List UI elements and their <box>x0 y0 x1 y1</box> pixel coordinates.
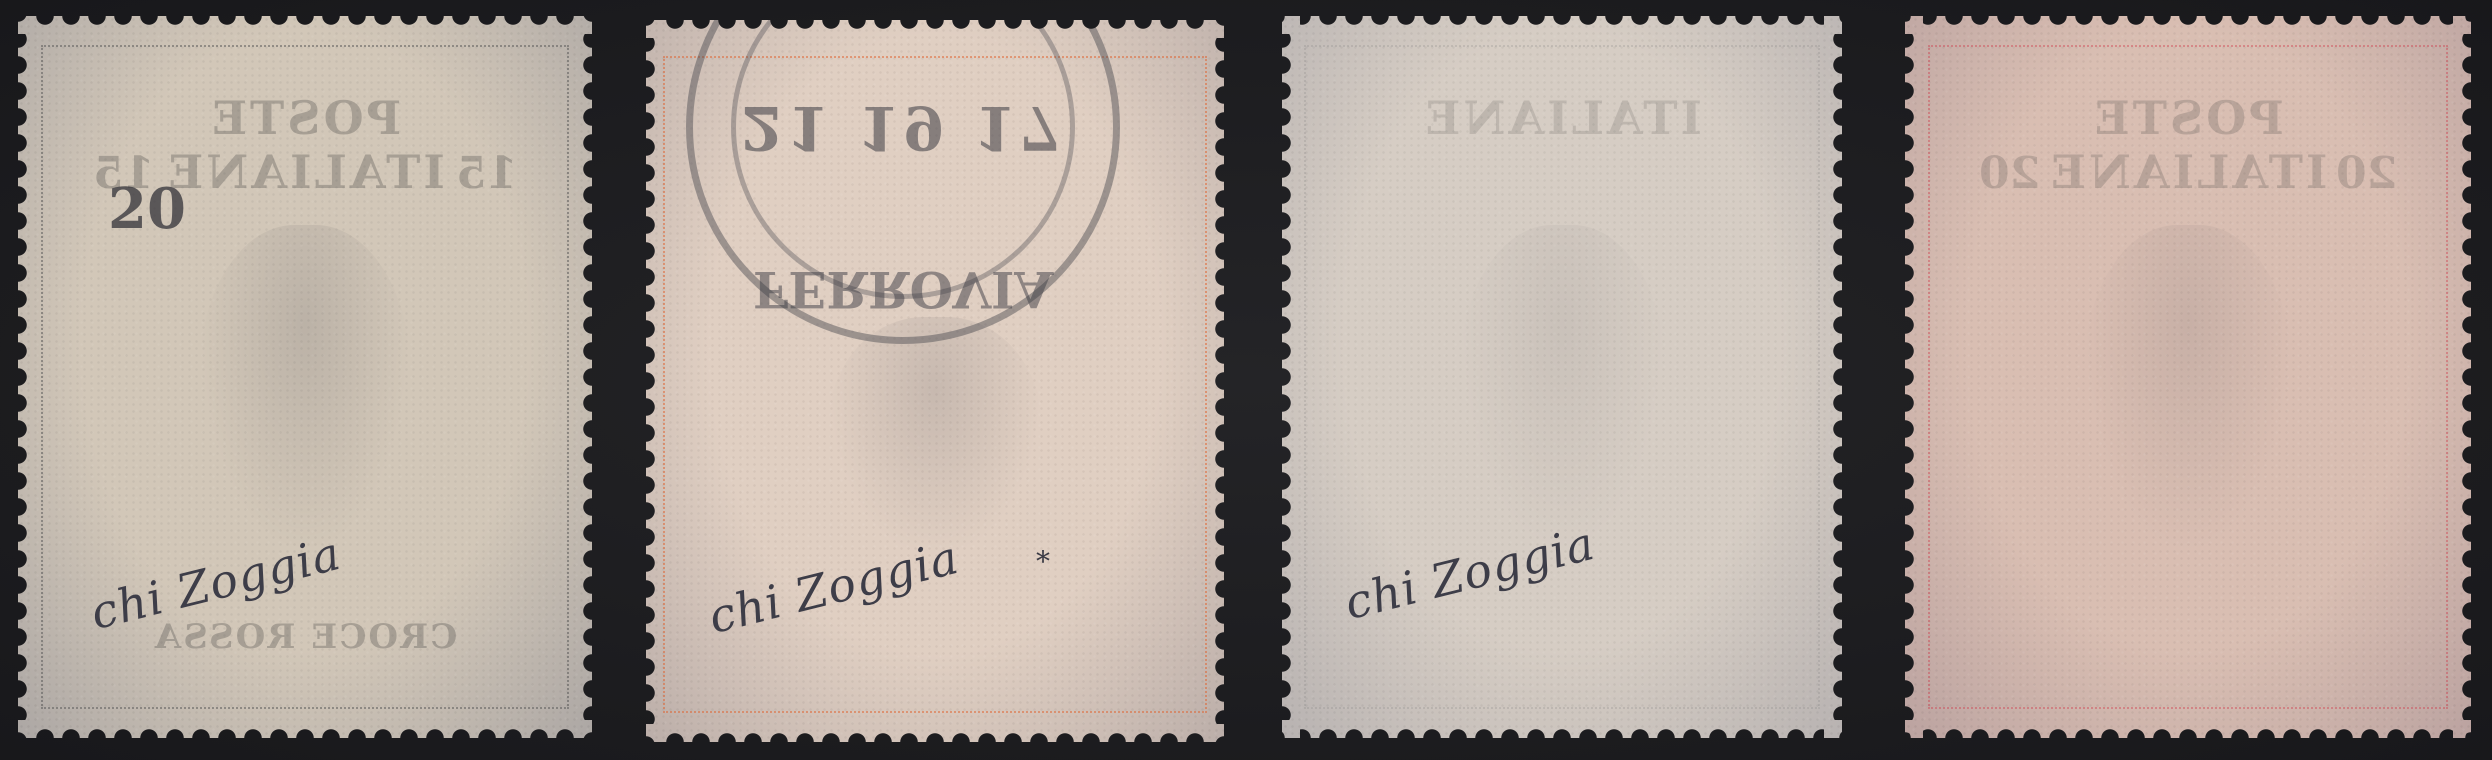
portrait-figure-showthrough <box>828 317 1042 558</box>
header-showthrough: ITALIANE <box>1327 91 1797 145</box>
postmark-cancel: 21 19 17 FERROVIA <box>686 20 1120 344</box>
value-right-showthrough: 15 <box>456 148 517 199</box>
pencil-mark-20: 20 <box>108 176 186 242</box>
stamp-back-3: ITALIANE chi Zoggia <box>1282 16 1842 738</box>
stamp-back-2: 21 19 17 FERROVIA chi Zoggia * <box>646 20 1224 742</box>
portrait-figure-showthrough <box>2083 225 2292 555</box>
postmark-town: FERROVIA <box>693 260 1113 319</box>
asterisk-mark: * <box>1036 545 1050 578</box>
portrait-figure-showthrough <box>199 225 411 555</box>
portrait-figure-showthrough <box>1459 225 1666 555</box>
stamp-back-4: POSTE ITALIANE 20 20 <box>1905 16 2471 738</box>
value-left-showthrough: 20 <box>1979 148 2040 199</box>
design-showthrough: POSTE ITALIANE 20 20 <box>1950 59 2425 694</box>
postmark-date: 21 19 17 <box>741 92 1065 162</box>
stamp-back-1: POSTE ITALIANE 15 15 CROCE ROSSA 20 chi … <box>18 16 592 738</box>
value-right-showthrough: 20 <box>2336 148 2397 199</box>
